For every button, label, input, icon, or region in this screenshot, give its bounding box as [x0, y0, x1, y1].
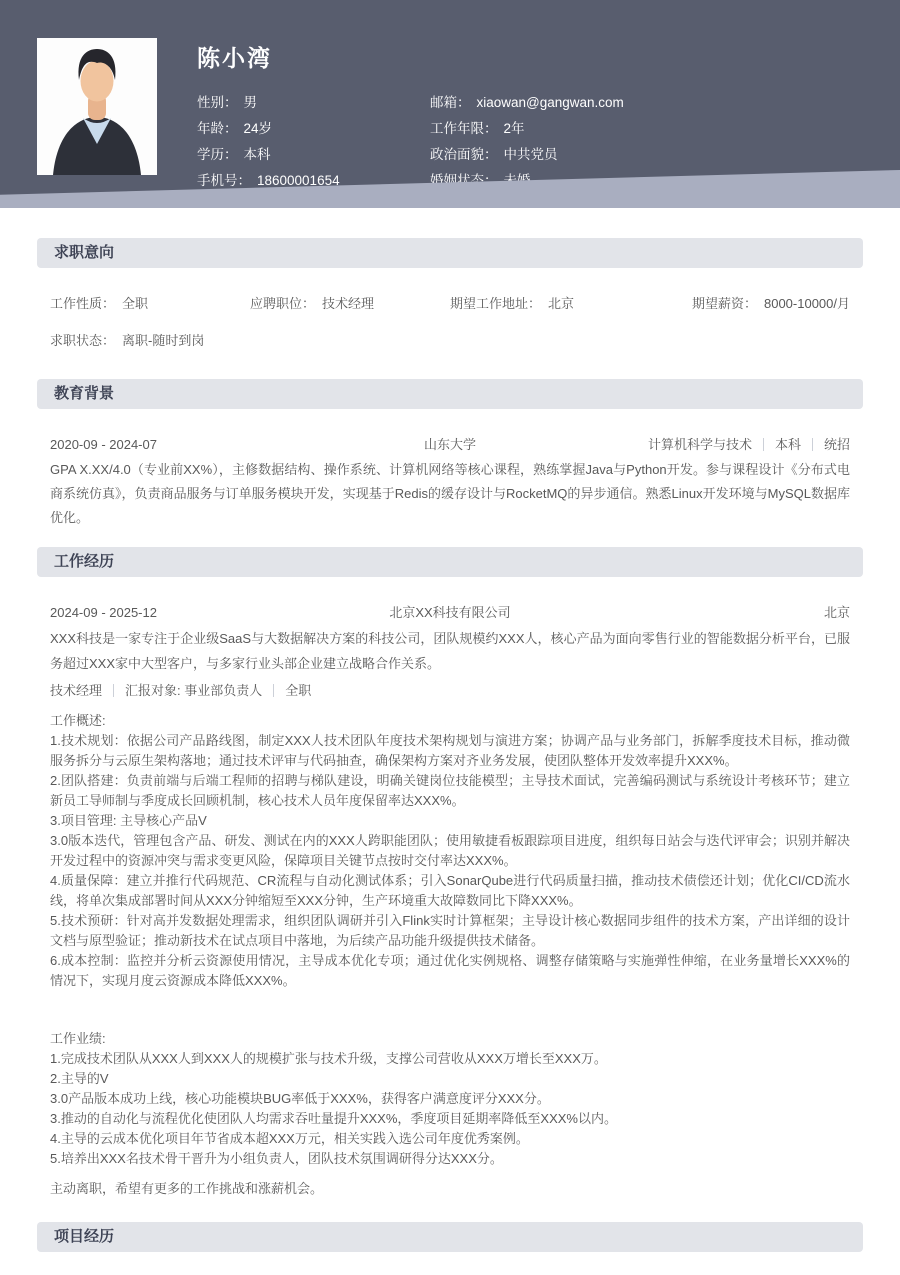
candidate-name: 陈小湾 — [197, 40, 860, 73]
education-major-degree: 计算机科学与技术本科统招 — [476, 434, 850, 453]
field-label: 期望工作地址： — [450, 296, 541, 311]
work-overview-item: 3.项目管理: 主导核心产品V — [50, 811, 850, 831]
position-title: 技术经理 — [50, 683, 102, 698]
info-value: 男 — [244, 95, 258, 110]
info-email: 邮箱：xiaowan@gangwan.com — [430, 90, 624, 116]
job-seeking-status-row: 求职状态：离职-随时到岗 — [37, 330, 863, 349]
divider — [273, 684, 274, 697]
education-degree: 本科 — [775, 437, 801, 452]
work-achievement-item: 4.主导的云成本优化项目年节省成本超XXX万元，相关实践入选公司年度优秀案例。 — [50, 1129, 850, 1149]
field-label: 应聘职位： — [250, 296, 315, 311]
section-header-education: 教育背景 — [37, 379, 863, 409]
info-value: 本科 — [244, 147, 271, 162]
info-label: 年龄： — [197, 121, 238, 136]
field-value: 8000-10000/月 — [764, 296, 850, 311]
info-political-status: 政治面貌：中共党员 — [430, 142, 624, 168]
field-label: 工作性质： — [50, 296, 115, 311]
info-years-of-experience: 工作年限：2年 — [430, 116, 624, 142]
info-value: 2年 — [504, 121, 525, 136]
info-education-level: 学历：本科 — [197, 142, 430, 168]
work-city: 北京 — [511, 602, 850, 621]
employment-type: 全职 — [285, 683, 311, 698]
section-title: 教育背景 — [54, 385, 114, 402]
work-overview-item: 6.成本控制：监控并分析云资源使用情况，主导成本优化专项；通过优化实例规格、调整… — [50, 951, 850, 991]
section-header-project-experience: 项目经历 — [37, 1222, 863, 1252]
work-overview-heading: 工作概述: — [50, 711, 850, 731]
education-school: 山东大学 — [424, 434, 476, 453]
field-expected-location: 期望工作地址：北京 — [450, 293, 650, 312]
education-major: 计算机科学与技术 — [648, 437, 752, 452]
education-admission-type: 统招 — [824, 437, 850, 452]
divider — [812, 438, 813, 451]
field-value: 离职-随时到岗 — [122, 333, 204, 348]
personal-info-right-column: 邮箱：xiaowan@gangwan.com 工作年限：2年 政治面貌：中共党员… — [430, 90, 624, 194]
work-achievement-item: 3.推动的自动化与流程优化使团队人均需求吞吐量提升XXX%，季度项目延期率降低至… — [50, 1109, 850, 1129]
info-label: 手机号： — [197, 173, 251, 188]
header-content: 陈小湾 性别：男 年龄：24岁 学历：本科 手机号：18600001654 邮箱… — [197, 40, 860, 194]
work-achievement-item: 5.培养出XXX名技术骨干晋升为小组负责人，团队技术氛围调研得分达XXX分。 — [50, 1149, 850, 1169]
work-achievement-item: 1.完成技术团队从XXX人到XXX人的规模扩张与技术升级，支撑公司营收从XXX万… — [50, 1049, 850, 1069]
personal-info-left-column: 性别：男 年龄：24岁 学历：本科 手机号：18600001654 — [197, 90, 430, 194]
info-label: 政治面貌： — [430, 147, 498, 162]
resignation-reason: 主动离职，希望有更多的工作挑战和涨薪机会。 — [37, 1178, 863, 1197]
info-value: 18600001654 — [257, 173, 340, 188]
profile-photo — [37, 38, 157, 175]
section-header-work-experience: 工作经历 — [37, 547, 863, 577]
education-period: 2020-09 - 2024-07 — [50, 437, 424, 452]
info-label: 学历： — [197, 147, 238, 162]
work-overview-item: 4.质量保障：建立并推行代码规范、CR流程与自动化测试体系；引入SonarQub… — [50, 871, 850, 911]
section-header-job-intention: 求职意向 — [37, 238, 863, 268]
job-intention-fields-row: 工作性质：全职 应聘职位：技术经理 期望工作地址：北京 期望薪资：8000-10… — [37, 293, 863, 312]
work-achievements-heading: 工作业绩: — [50, 1029, 850, 1049]
divider — [763, 438, 764, 451]
report-to: 汇报对象: 事业部负责人 — [125, 683, 262, 698]
resume-header: 陈小湾 性别：男 年龄：24岁 学历：本科 手机号：18600001654 邮箱… — [0, 0, 900, 208]
info-value: 24岁 — [244, 121, 273, 136]
work-overview-block: 工作概述: 1.技术规划：依据公司产品路线图，制定XXX人技术团队年度技术架构规… — [37, 711, 863, 991]
work-achievement-item: 2.主导的V — [50, 1069, 850, 1089]
field-target-position: 应聘职位：技术经理 — [250, 293, 450, 312]
work-company: 北京XX科技有限公司 — [389, 602, 510, 621]
info-age: 年龄：24岁 — [197, 116, 430, 142]
work-summary-row: 2024-09 - 2025-12 北京XX科技有限公司 北京 — [37, 602, 863, 621]
education-description: GPA X.XX/4.0（专业前XX%），主修数据结构、操作系统、计算机网络等核… — [37, 458, 863, 530]
resume-page: 陈小湾 性别：男 年龄：24岁 学历：本科 手机号：18600001654 邮箱… — [0, 0, 900, 1275]
info-value: 中共党员 — [504, 147, 558, 162]
field-label: 求职状态： — [50, 333, 115, 348]
field-value: 技术经理 — [322, 296, 374, 311]
field-expected-salary: 期望薪资：8000-10000/月 — [650, 293, 850, 312]
field-job-nature: 工作性质：全职 — [50, 293, 250, 312]
work-overview-item: 1.技术规划：依据公司产品路线图，制定XXX人技术团队年度技术架构规划与演进方案… — [50, 731, 850, 771]
info-label: 性别： — [197, 95, 238, 110]
work-period: 2024-09 - 2025-12 — [50, 605, 389, 620]
work-achievement-item: 3.0产品版本成功上线，核心功能模块BUG率低于XXX%，获得客户满意度评分XX… — [50, 1089, 850, 1109]
info-label: 邮箱： — [430, 95, 471, 110]
section-title: 项目经历 — [54, 1228, 114, 1245]
info-gender: 性别：男 — [197, 90, 430, 116]
profile-photo-illustration — [37, 38, 157, 175]
field-value: 北京 — [548, 296, 574, 311]
work-overview-item: 2.团队搭建：负责前端与后端工程师的招聘与梯队建设，明确关键岗位技能模型；主导技… — [50, 771, 850, 811]
field-label: 期望薪资： — [692, 296, 757, 311]
company-introduction: XXX科技是一家专注于企业级SaaS与大数据解决方案的科技公司，团队规模约XXX… — [37, 626, 863, 676]
education-summary-row: 2020-09 - 2024-07 山东大学 计算机科学与技术本科统招 — [37, 434, 863, 453]
section-title: 工作经历 — [54, 553, 114, 570]
work-achievements-block: 工作业绩: 1.完成技术团队从XXX人到XXX人的规模扩张与技术升级，支撑公司营… — [37, 1029, 863, 1169]
info-value: xiaowan@gangwan.com — [477, 95, 624, 110]
info-label: 工作年限： — [430, 121, 498, 136]
position-info-row: 技术经理汇报对象: 事业部负责人全职 — [37, 680, 863, 699]
divider — [113, 684, 114, 697]
section-title: 求职意向 — [54, 244, 114, 261]
work-overview-item: 5.技术预研：针对高并发数据处理需求，组织团队调研并引入Flink实时计算框架；… — [50, 911, 850, 951]
field-value: 全职 — [122, 296, 148, 311]
work-overview-item: 3.0版本迭代，管理包含产品、研发、测试在内的XXX人跨职能团队；使用敏捷看板跟… — [50, 831, 850, 871]
